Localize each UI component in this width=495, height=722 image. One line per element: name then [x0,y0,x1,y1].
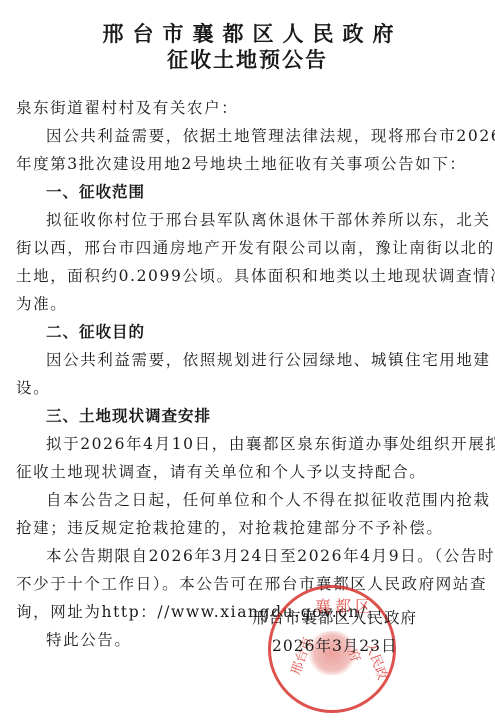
closing-line: 特此公告。 [46,630,486,650]
paragraph-line: 抢建；违反规定抢栽抢建的，对抢栽抢建部分不予补偿。 [16,518,456,538]
paragraph-line: 因公共利益需要，依据土地管理法律法规，现将邢台市2026 [46,126,486,146]
paragraph-line: 不少于十个工作日）。本公告可在邢台市襄都区人民政府网站查 [16,574,456,594]
paragraph-line: 街以西，邢台市四通房地产开发有限公司以南，豫让南街以北的 [16,238,456,258]
paragraph-line: 自本公告之日起，任何单位和个人不得在拟征收范围内抢栽 [46,490,486,510]
addressee: 泉东街道翟村村及有关农户： [16,98,456,118]
paragraph-line: 拟征收你村位于邢台县军队离休退休干部休养所以东，北关 [46,210,486,230]
section-heading-purpose: 二、征收目的 [46,322,486,342]
paragraph-line: 征收土地现状调查，请有关单位和个人予以支持配合。 [16,462,456,482]
paragraph-line: 因公共利益需要，依照规划进行公园绿地、城镇住宅用地建 [46,350,486,370]
signature-date: 2026年3月23日 [272,634,398,656]
paragraph-line: 年度第3批次建设用地2号地块土地征收有关事项公告如下： [16,154,456,174]
paragraph-line: 为准。 [16,294,456,314]
notice-title: 征收土地预公告 [0,44,495,74]
section-heading-scope: 一、征收范围 [46,182,486,202]
paragraph-line: 本公告期限自2026年3月24日至2026年4月9日。（公告时间 [46,546,486,566]
paragraph-line: 设。 [16,378,456,398]
paragraph-line: 拟于2026年4月10日，由襄都区泉东街道办事处组织开展拟 [46,434,486,454]
paragraph-line: 土地，面积约0.2099公顷。具体面积和地类以土地现状调查情况 [16,266,456,286]
section-heading-survey: 三、土地现状调查安排 [46,406,486,426]
signature-issuer: 邢台市襄都区人民政府 [252,606,417,628]
